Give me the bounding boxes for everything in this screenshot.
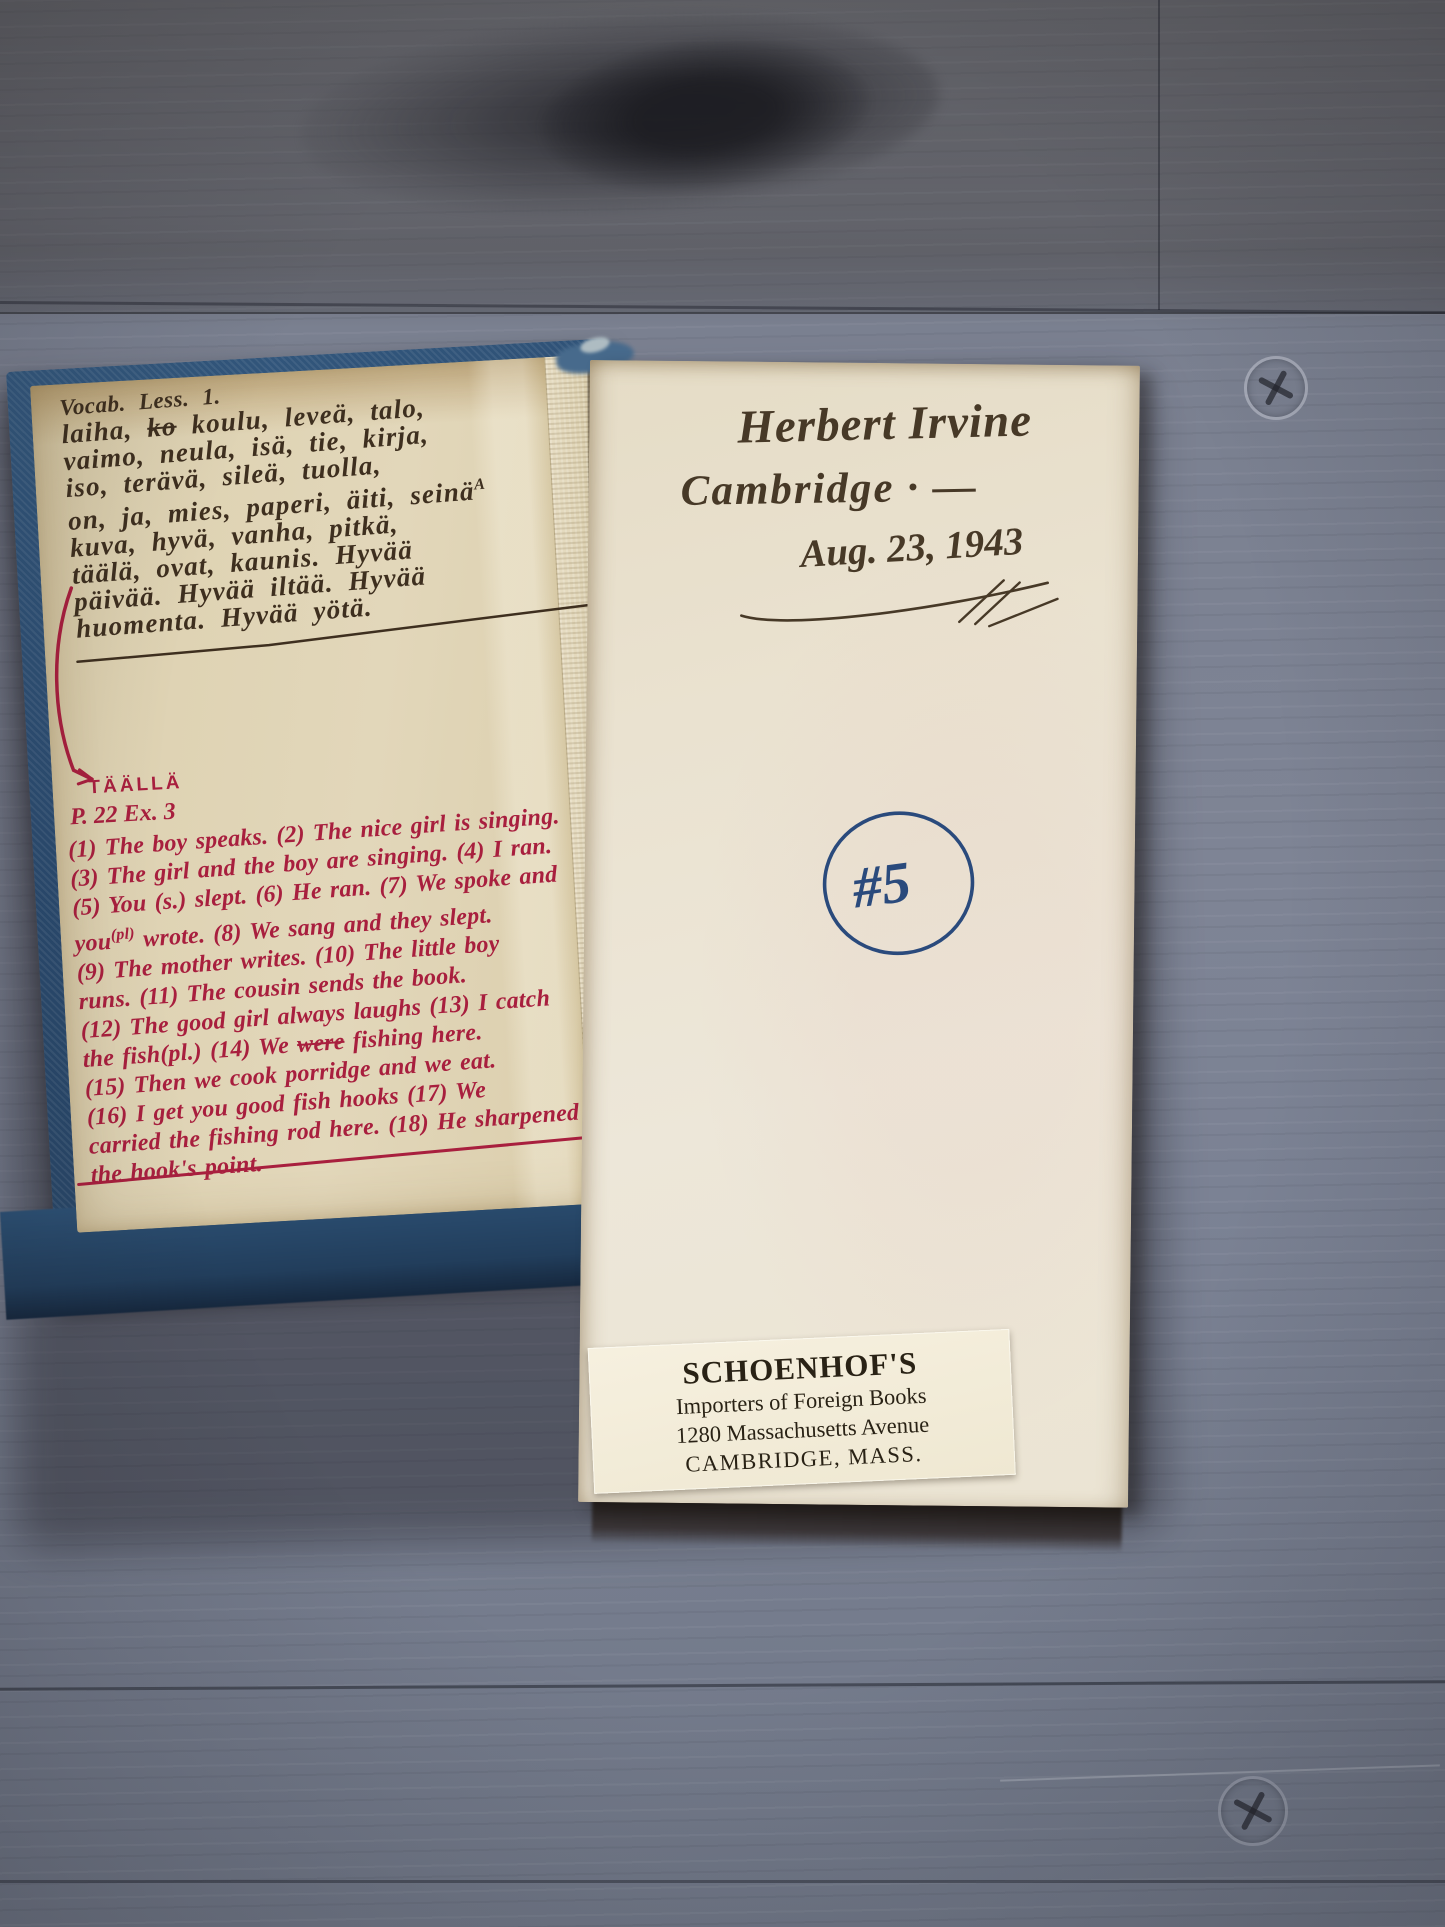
inserted-letter: A: [473, 476, 486, 494]
screw-head: [1244, 356, 1308, 420]
photo-open-book-on-wood: Vocab. Less. 1. laiha, ko koulu, leveä, …: [0, 0, 1445, 1927]
signature-date: Aug. 23, 1943: [799, 519, 1024, 577]
plank-seam-vertical: [1158, 0, 1160, 310]
screw-head: [1218, 1776, 1288, 1846]
copy-number: #5: [848, 848, 914, 922]
inserted-word: (pl): [110, 925, 135, 944]
plank-seam: [0, 1880, 1445, 1883]
crossed-out-word: were: [296, 1029, 345, 1058]
finnish-vocab-notes: Vocab. Less. 1. laiha, ko koulu, leveä, …: [59, 363, 496, 643]
signature-flourish: [727, 571, 1068, 635]
owner-signature: Herbert Irvine: [737, 393, 1033, 454]
left-endpaper-page: Vocab. Less. 1. laiha, ko koulu, leveä, …: [30, 355, 638, 1233]
signature-city: Cambridge · —: [680, 462, 978, 516]
right-endpaper-page: Herbert Irvine Cambridge · — Aug. 23, 19…: [578, 360, 1140, 1508]
bookseller-label: SCHOENHOF'S Importers of Foreign Books 1…: [588, 1329, 1016, 1494]
red-arrow-annotation: [41, 582, 113, 795]
red-correction-word: TÄÄLLÄ: [88, 772, 183, 799]
exercise-reference: P. 22 Ex. 3: [69, 799, 176, 832]
